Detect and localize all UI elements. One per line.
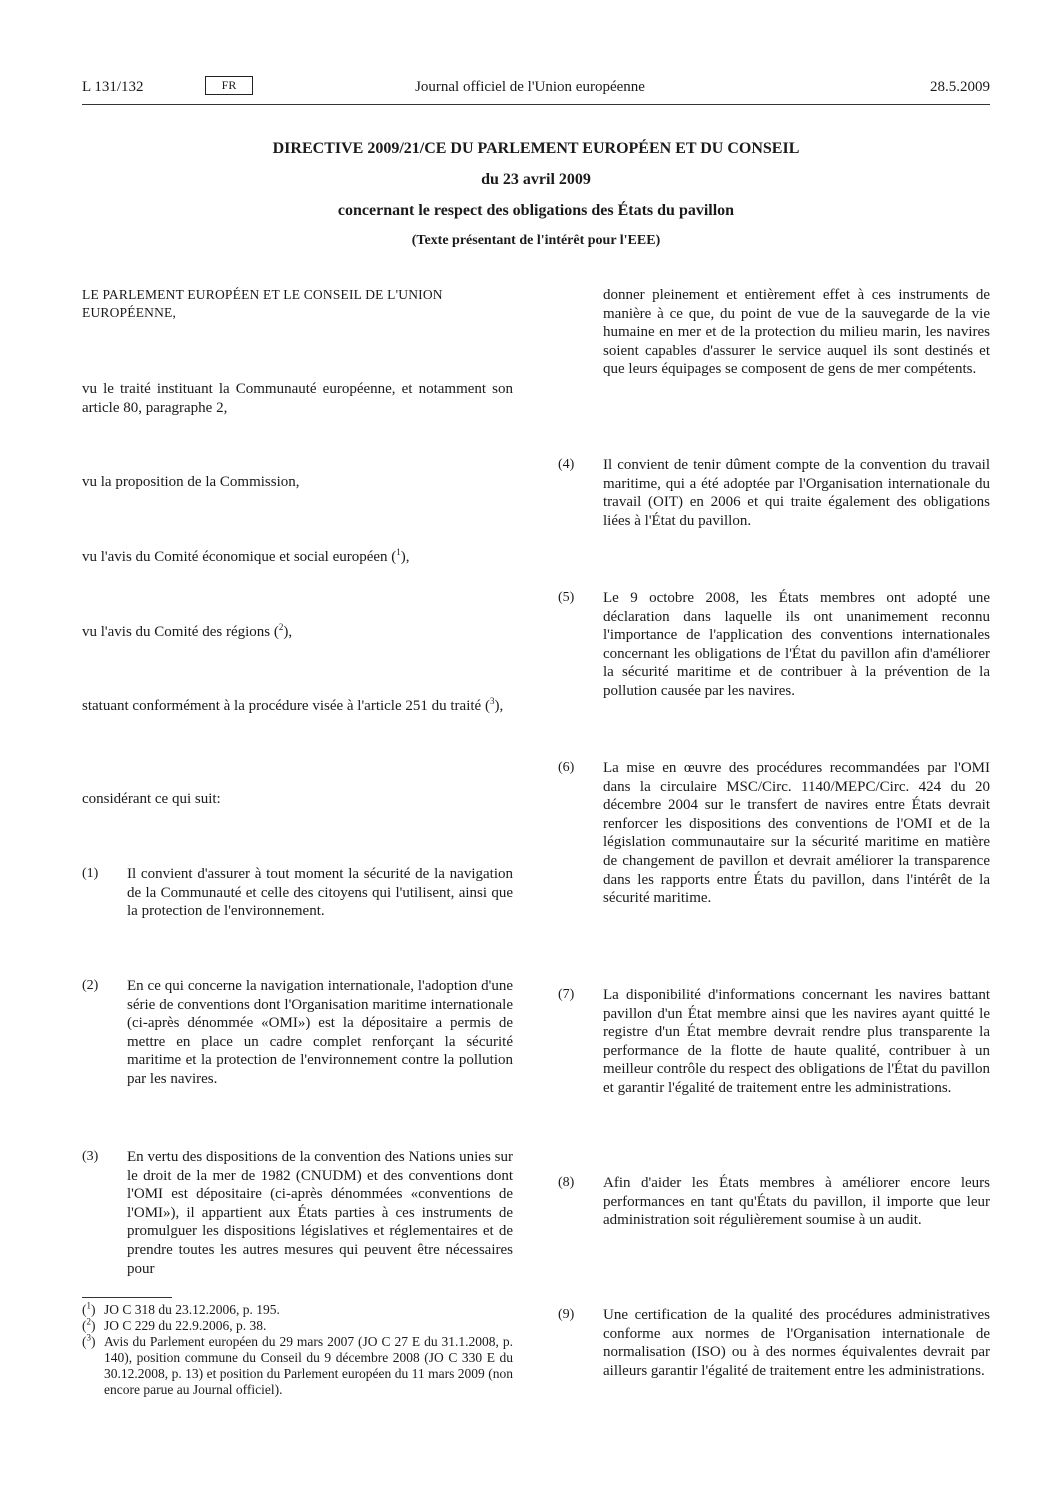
directive-date: du 23 avril 2009 (82, 171, 990, 189)
recital-text: Afin d'aider les États membres à amélior… (603, 1174, 990, 1230)
citation-commission: vu la proposition de la Commission, (82, 473, 513, 492)
directive-subject: concernant le respect des obligations de… (82, 202, 990, 220)
recital-number: (1) (82, 865, 127, 921)
recital-text: donner pleinement et entièrement effet à… (603, 286, 990, 379)
journal-title: Journal officiel de l'Union européenne (300, 78, 760, 96)
recital-text: La disponibilité d'informations concerna… (603, 986, 990, 1098)
recital-5: (5) Le 9 octobre 2008, les États membres… (558, 589, 990, 701)
recital-2: (2) En ce qui concerne la navigation int… (82, 977, 513, 1089)
recital-text: Le 9 octobre 2008, les États membres ont… (603, 589, 990, 701)
page-reference: L 131/132 (82, 78, 144, 96)
directive-title: DIRECTIVE 2009/21/CE DU PARLEMENT EUROPÉ… (82, 140, 990, 158)
recital-3: (3) En vertu des dispositions de la conv… (82, 1148, 513, 1278)
footnote-2: (2) JO C 229 du 22.9.2006, p. 38. (82, 1318, 513, 1334)
header-divider (82, 104, 990, 105)
recital-number: (5) (558, 589, 603, 701)
recital-4: (4) Il convient de tenir dûment compte d… (558, 456, 990, 530)
recital-number: (3) (82, 1148, 127, 1278)
recital-number: (7) (558, 986, 603, 1098)
recital-8: (8) Afin d'aider les États membres à amé… (558, 1174, 990, 1230)
recital-number: (6) (558, 759, 603, 908)
whereas-intro: considérant ce qui suit: (82, 790, 513, 809)
footnote-1: (1) JO C 318 du 23.12.2006, p. 195. (82, 1302, 513, 1318)
footnote-3: (3) Avis du Parlement européen du 29 mar… (82, 1334, 513, 1398)
eea-relevance: (Texte présentant de l'intérêt pour l'EE… (82, 233, 990, 249)
recital-text: Il convient d'assurer à tout moment la s… (127, 865, 513, 921)
publication-date: 28.5.2009 (930, 78, 990, 96)
recital-text: Une certification de la qualité des proc… (603, 1306, 990, 1380)
footnotes: (1) JO C 318 du 23.12.2006, p. 195. (2) … (82, 1302, 513, 1398)
recital-number: (2) (82, 977, 127, 1089)
recital-9: (9) Une certification de la qualité des … (558, 1306, 990, 1380)
recital-number: (4) (558, 456, 603, 530)
citation-treaty: vu le traité instituant la Communauté eu… (82, 380, 513, 417)
recital-text: La mise en œuvre des procédures recomman… (603, 759, 990, 908)
language-badge: FR (205, 76, 253, 95)
citation-regions: vu l'avis du Comité des régions (2), (82, 623, 513, 642)
footnote-divider (82, 1297, 172, 1298)
recital-text: En ce qui concerne la navigation interna… (127, 977, 513, 1089)
preamble-authors: LE PARLEMENT EUROPÉEN ET LE CONSEIL DE L… (82, 286, 513, 322)
citation-ecosoc: vu l'avis du Comité économique et social… (82, 548, 513, 567)
recital-1: (1) Il convient d'assurer à tout moment … (82, 865, 513, 921)
recital-number: (8) (558, 1174, 603, 1230)
recital-6: (6) La mise en œuvre des procédures reco… (558, 759, 990, 908)
recital-text: Il convient de tenir dûment compte de la… (603, 456, 990, 530)
recital-number: (9) (558, 1306, 603, 1380)
recital-3-continued: donner pleinement et entièrement effet à… (558, 286, 990, 379)
recital-7: (7) La disponibilité d'informations conc… (558, 986, 990, 1098)
recital-text: En vertu des dispositions de la conventi… (127, 1148, 513, 1278)
citation-procedure: statuant conformément à la procédure vis… (82, 697, 513, 716)
